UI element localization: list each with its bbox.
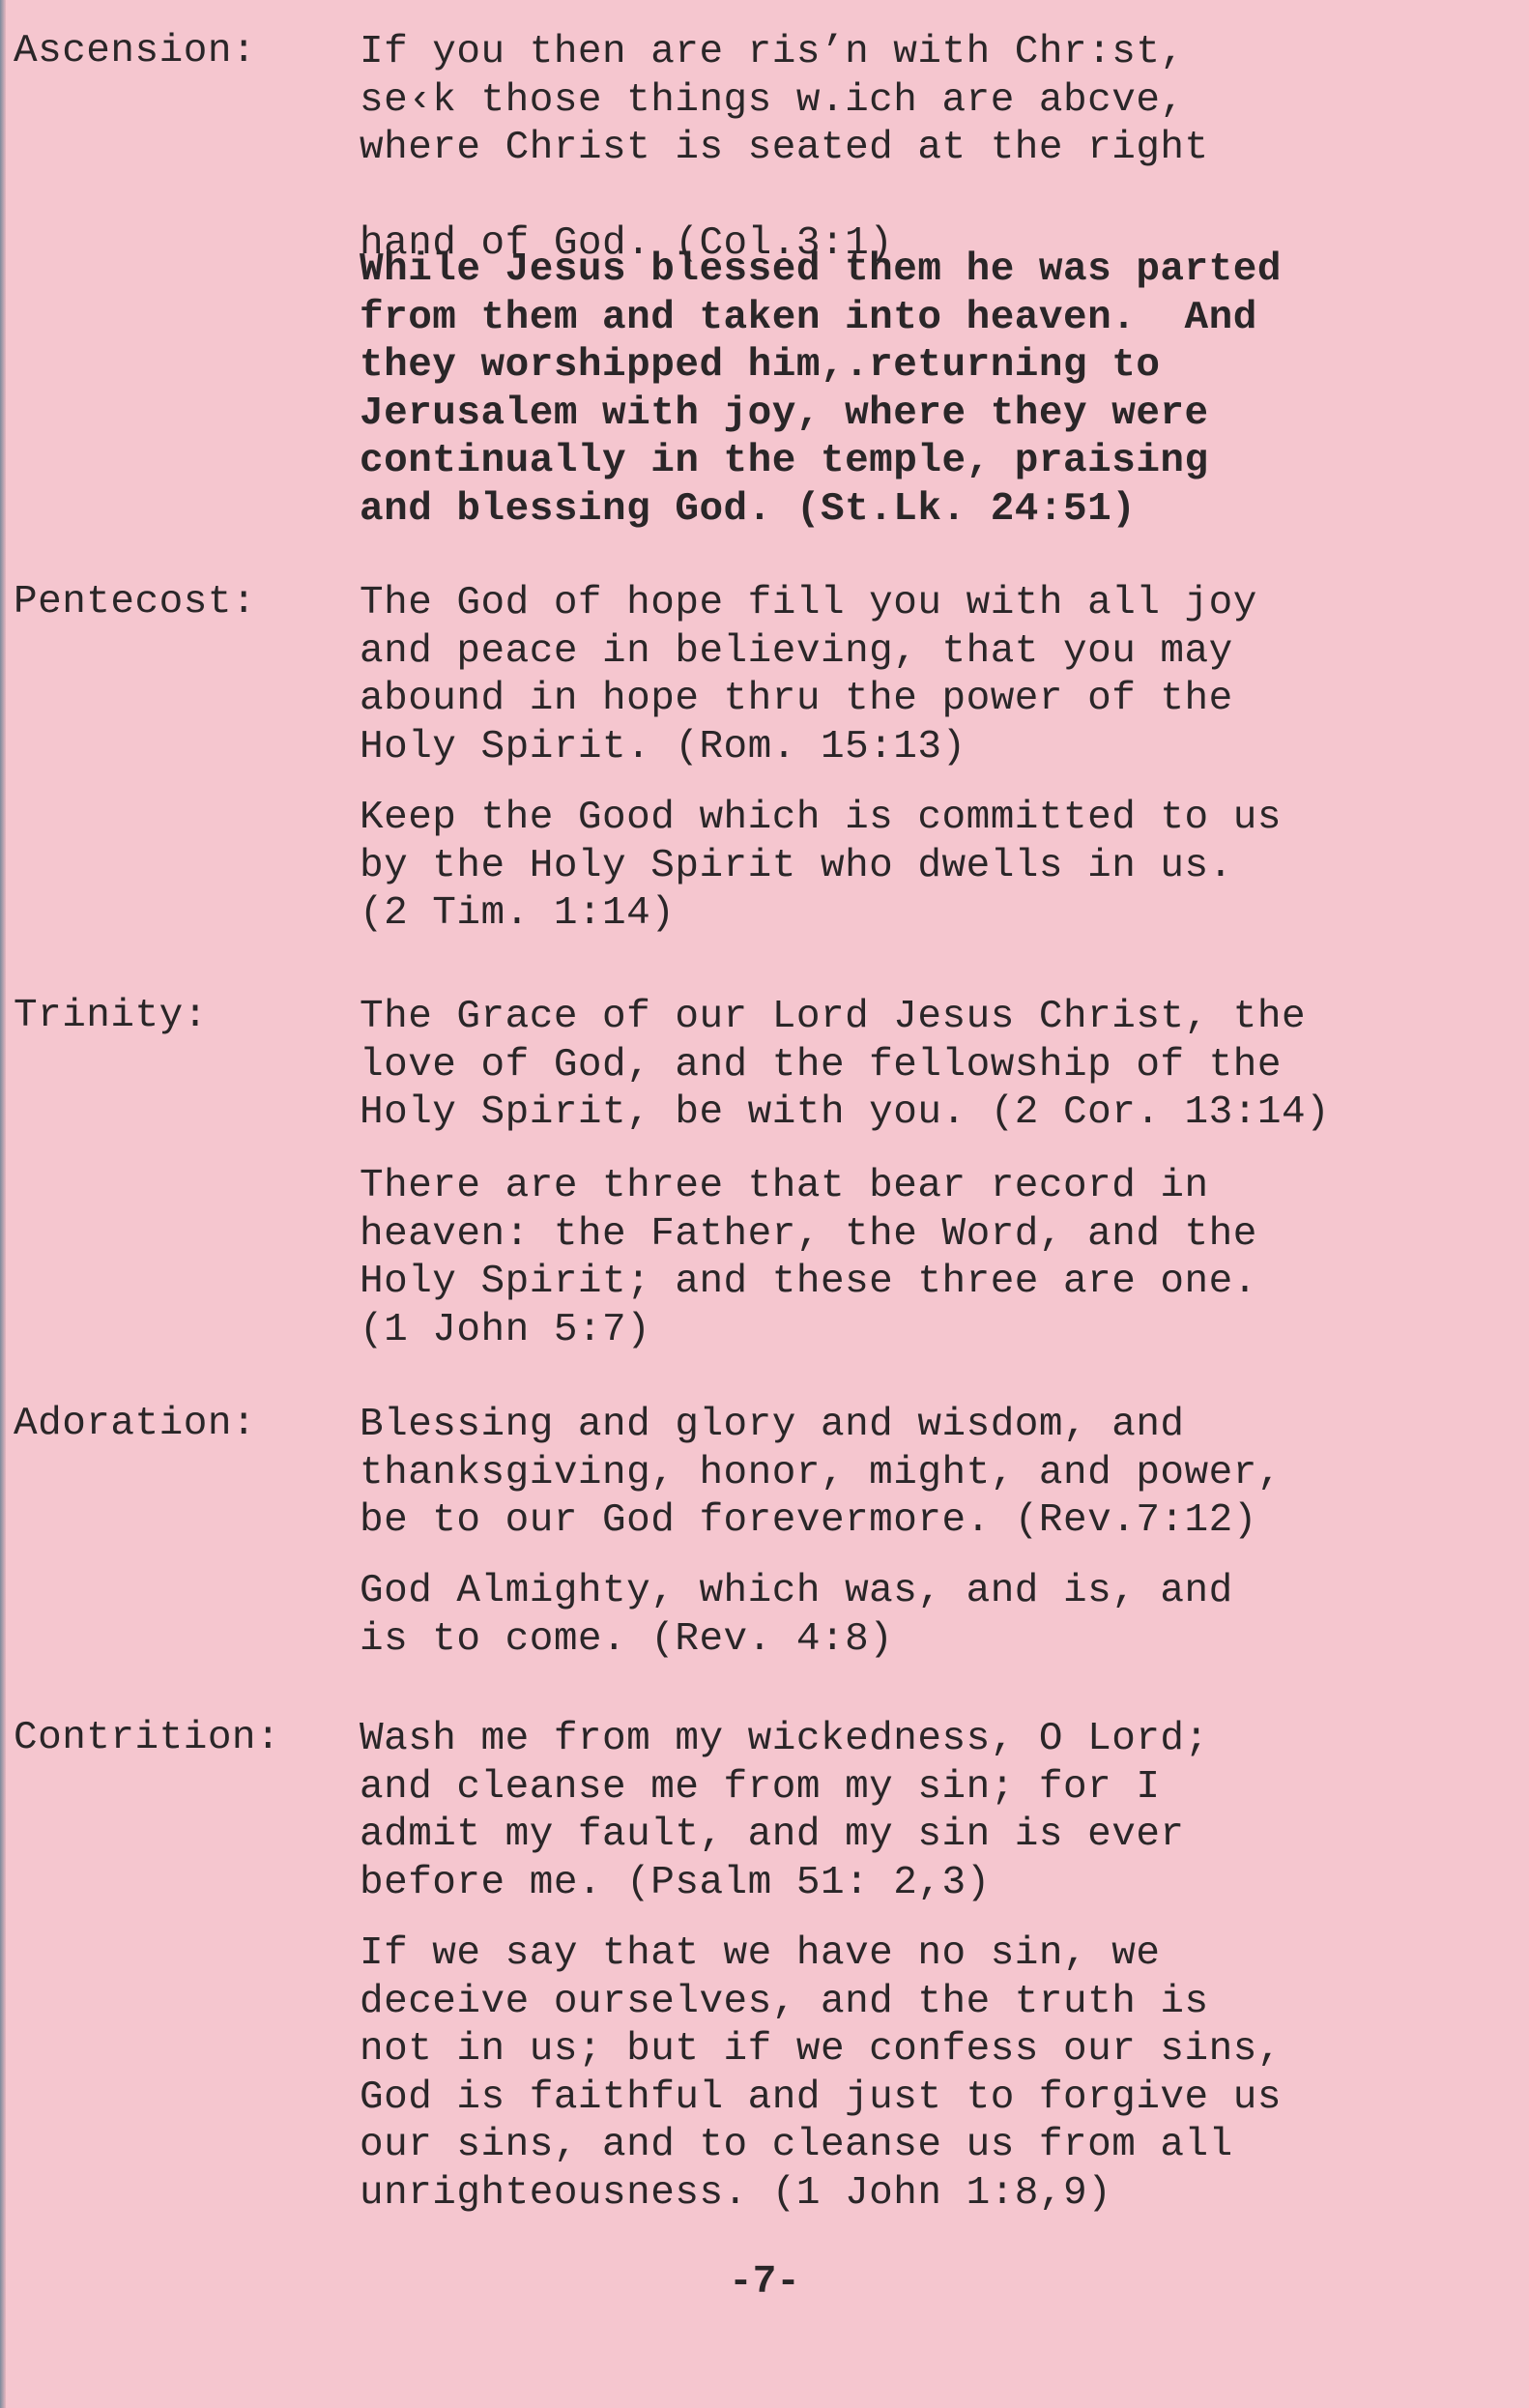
- verse: If you then are ris’n with Chr:st, se‹k …: [360, 29, 1209, 269]
- verse: The God of hope fill you with all joy an…: [360, 580, 1257, 771]
- verse: There are three that bear record in heav…: [360, 1163, 1257, 1354]
- verse: Keep the Good which is committed to us b…: [360, 795, 1282, 939]
- section-label: Ascension:: [14, 29, 256, 73]
- verse: God Almighty, which was, and is, and is …: [360, 1568, 1233, 1664]
- verse: Blessing and glory and wisdom, and thank…: [360, 1402, 1282, 1546]
- page-number: -7-: [0, 2260, 1529, 2305]
- section-label: Trinity:: [14, 994, 208, 1038]
- verse: The Grace of our Lord Jesus Christ, the …: [360, 994, 1330, 1138]
- section-label: Adoration:: [14, 1402, 256, 1446]
- verse: If we say that we have no sin, we deceiv…: [360, 1930, 1282, 2218]
- section-label: Contrition:: [14, 1716, 280, 1760]
- verse: While Jesus blessed them he was parted f…: [360, 247, 1282, 534]
- verse: Wash me from my wickedness, O Lord; and …: [360, 1716, 1209, 1907]
- section-label: Pentecost:: [14, 580, 256, 624]
- page-edge: [0, 0, 6, 2408]
